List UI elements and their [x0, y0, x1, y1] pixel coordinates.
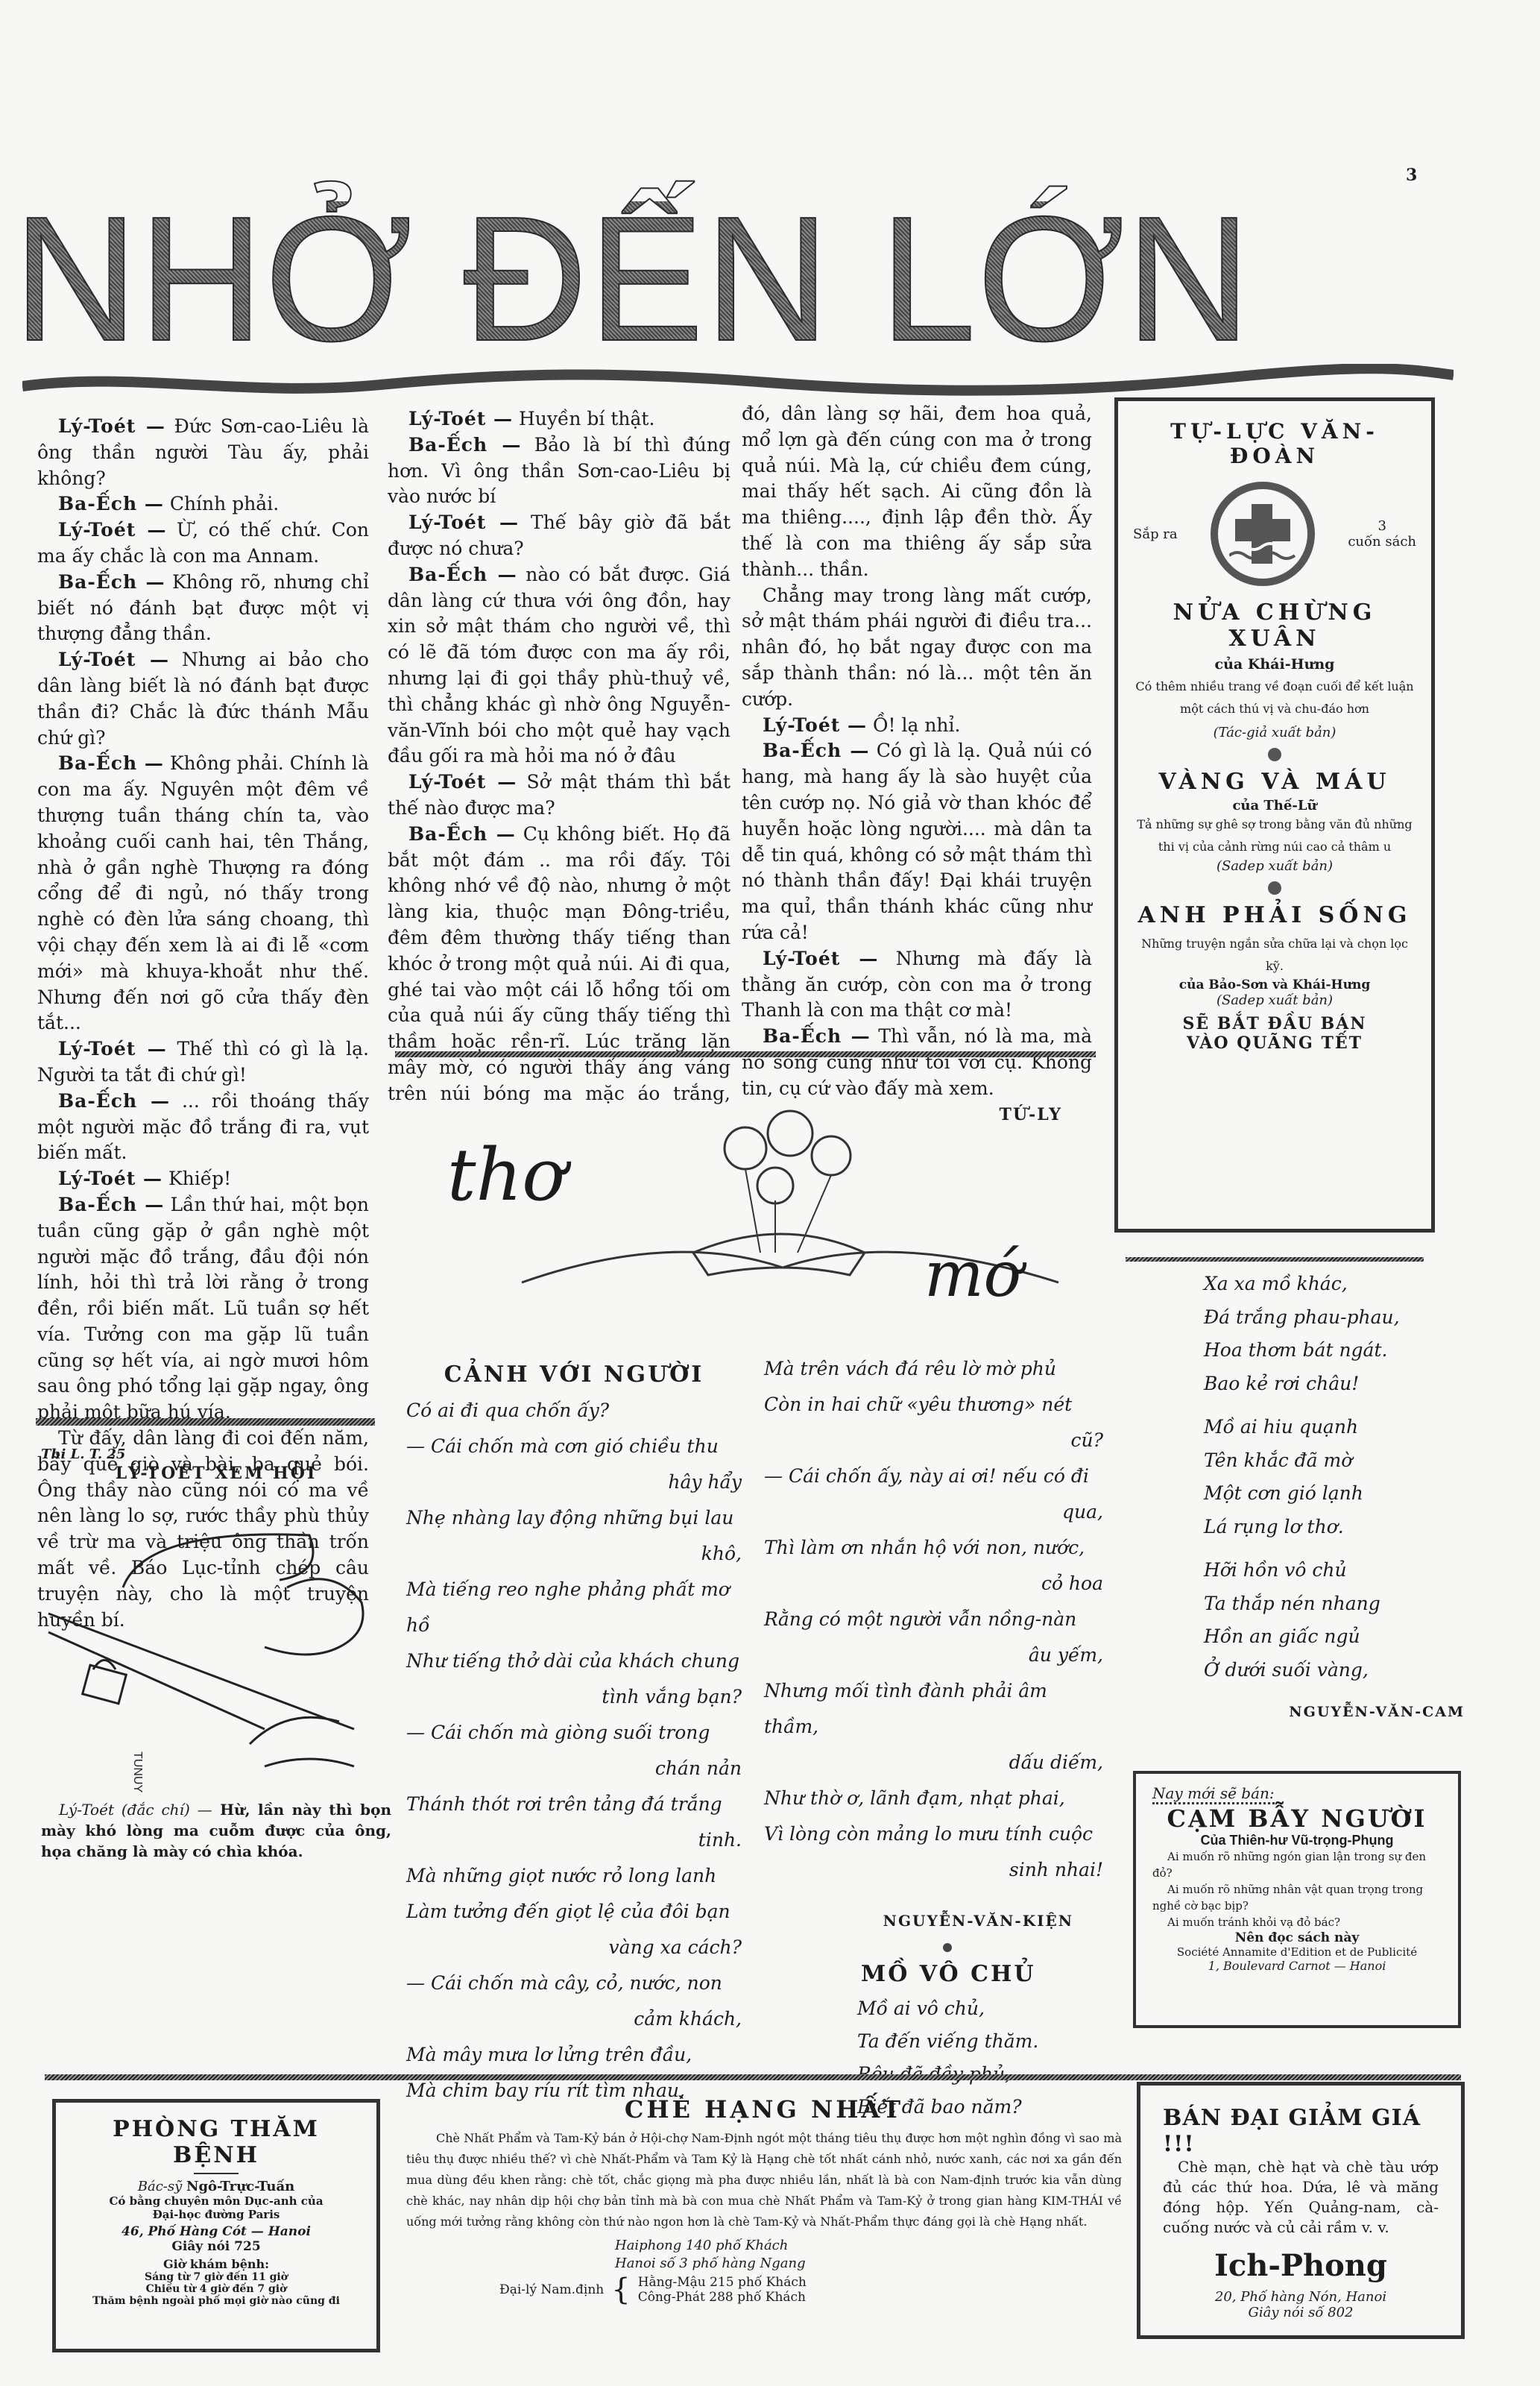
page-number: 3 [1406, 166, 1417, 185]
story-paragraph: Lý-Toét — Sở mật thám thì bắt thế nào đư… [388, 769, 730, 822]
section-divider [395, 1051, 1096, 1057]
story-column-2: Lý-Toét — Huyền bí thật. Ba-Ếch — Bảo là… [388, 406, 730, 1105]
cartoon-series: Thi L. T. 25 [41, 1447, 391, 1462]
book-title: ANH PHẢI SỐNG [1133, 902, 1416, 928]
masthead-title: NHỞ ĐẾN LỚN [13, 201, 1416, 358]
poem-author: NGUYỄN-VĂN-KIỆN [764, 1903, 1103, 1939]
story-paragraph: Lý-Toét — Đức Sơn-cao-Liêu là ông thần n… [37, 414, 369, 491]
ad-header: TỰ-LỰC VĂN-ĐOÀN [1133, 419, 1416, 468]
ad-soon-label: Sắp ra [1133, 526, 1178, 542]
book-title: NỬA CHỪNG XUÂN [1133, 599, 1416, 652]
ad-title: CHÈ HẠNG NHẤT [406, 2095, 1122, 2124]
ornament-icon [1268, 748, 1281, 761]
story-paragraph: Lý-Toét — Ồ! lạ nhỉ. [742, 713, 1092, 739]
poem-mo-vo-chu-continued: Xa xa mồ khác, Đá trắng phau-phau, Hoa t… [1204, 1268, 1472, 1729]
poem-title: CẢNH VỚI NGƯỜI [406, 1357, 742, 1393]
story-paragraph: Lý-Toét — Nhưng ai bảo cho dân làng biết… [37, 647, 369, 751]
poem-title: MỒ VÔ CHỦ [764, 1957, 1103, 1992]
story-paragraph: Lý-Toét — Thế thì có gì là lạ. Người ta … [37, 1036, 369, 1089]
cartoon-caption: Lý-Toét (đắc chí) — Hừ, lần này thì bọn … [41, 1799, 391, 1862]
ad-phong-tham-benh: PHÒNG THĂM BỆNH Bác-sỹ Ngô-Trực-Tuấn Có … [52, 2099, 380, 2352]
masthead-wave-rule [22, 364, 1454, 401]
ad-che-hang-nhat: CHÈ HẠNG NHẤT Chè Nhất Phẩm và Tam-Kỷ bá… [406, 2095, 1122, 2307]
story-column-3: đó, dân làng sợ hãi, đem hoa quả, mổ lợn… [742, 401, 1092, 1127]
poem-canh-voi-nguoi-part2: Mà trên vách đá rêu lờ mờ phủ Còn in hai… [764, 1351, 1103, 2124]
story-paragraph: Lý-Toét — Huyền bí thật. [388, 406, 730, 432]
story-paragraph: Lý-Toét — Thế bây giờ đã bắt được nó chư… [388, 510, 730, 562]
story-paragraph: Lý-Toét — Khiếp! [37, 1166, 369, 1192]
ad-cam-bay-nguoi: Nay mới sẽ bán: CẠM BẪY NGƯỜI Của Thiên-… [1133, 1771, 1461, 2028]
ornament-icon [1268, 881, 1281, 895]
story-paragraph: Ba-Ếch — Có gì là lạ. Quả núi có hang, m… [742, 738, 1092, 945]
ornament-icon [943, 1943, 952, 1952]
story-paragraph: Ba-Ếch — ... rồi thoáng thấy một người m… [37, 1089, 369, 1166]
story-paragraph: Lý-Toét — Nhưng mà đấy là thằng ăn cướp,… [742, 946, 1092, 1024]
story-paragraph: Ba-Ếch — Lần thứ hai, một bọn tuần cũng … [37, 1192, 369, 1426]
cartoon-ly-toet: Thi L. T. 25 LÝ-TOÉT XEM HỘI TUNUY Lý-To… [41, 1447, 391, 1862]
story-paragraph: Ba-Ếch — Không phải. Chính là con ma ấy.… [37, 751, 369, 1036]
tho-label: thơ [447, 1133, 565, 1217]
ad-title: PHÒNG THĂM BỆNH [66, 2116, 366, 2168]
story-paragraph: Chẳng may trong làng mất cướp, sở mật th… [742, 583, 1092, 713]
section-divider [1126, 1257, 1424, 1262]
story-paragraph: Ba-Ếch — Bảo là bí thì đúng hơn. Vì ông … [388, 432, 730, 510]
book-title: VÀNG VÀ MÁU [1133, 769, 1416, 795]
poem-canh-voi-nguoi-part1: CẢNH VỚI NGƯỜI Có ai đi qua chốn ấy? — C… [406, 1357, 742, 2109]
story-paragraph: Lý-Toét — Ừ, có thế chứ. Con ma ấy chắc … [37, 517, 369, 570]
brand-name: Ich-Phong [1163, 2248, 1439, 2283]
poem-author: NGUYỄN-VĂN-CAM [1204, 1696, 1472, 1729]
story-paragraph: Ba-Ếch — Không rõ, nhưng chỉ biết nó đán… [37, 570, 369, 647]
ad-tu-luc-van-doan: TỰ-LỰC VĂN-ĐOÀN Sắp ra 3cuốn sách NỬA CH… [1114, 397, 1435, 1233]
section-divider [45, 2074, 1461, 2080]
story-paragraph: Ba-Ếch — Cụ không biết. Họ đã bắt một đá… [388, 822, 730, 1105]
ad-ich-phong: BÁN ĐẠI GIẢM GIÁ !!! Chè mạn, chè hạt và… [1137, 2082, 1465, 2339]
publisher-logo-icon [1211, 482, 1315, 586]
cartoon-title: LÝ-TOÉT XEM HỘI [41, 1464, 391, 1483]
story-paragraph: đó, dân làng sợ hãi, đem hoa quả, mổ lợn… [742, 401, 1092, 583]
tho-mo-header: thơ mớ [447, 1081, 1118, 1320]
story-paragraph: Ba-Ếch — Chính phải. [37, 491, 369, 517]
column-divider [36, 1418, 375, 1426]
svg-text:TUNUY: TUNUY [131, 1751, 144, 1792]
mo-label: mớ [924, 1238, 1021, 1311]
story-paragraph: Ba-Ếch — nào có bắt được. Giá dân làng c… [388, 562, 730, 769]
book-count: 3 [1378, 518, 1386, 534]
ad-title: BÁN ĐẠI GIẢM GIÁ !!! [1163, 2105, 1439, 2157]
book-title: CẠM BẪY NGƯỜI [1152, 1804, 1442, 1833]
ly-toet-caricature-icon: TUNUY [41, 1483, 391, 1796]
